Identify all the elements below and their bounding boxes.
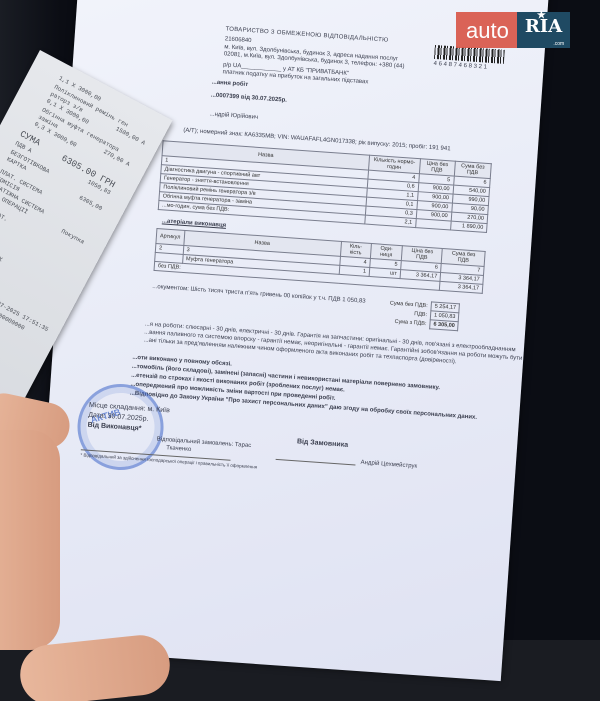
receipt-amount: Покупка [60,228,86,246]
company-code: 21606840 [225,36,252,44]
from-customer-label: Від Замовника [297,438,349,449]
parts-table: Артикул Назва Кіль-кість Оди-ниця Ціна б… [153,228,485,294]
hand [0,430,60,650]
barcode-digits: 4 6 4 8 7 4 6 8 3 2 1 [433,61,487,71]
works-total-sum: 1 890,00 [450,221,487,233]
total-value: 6 305,00 [430,320,459,331]
logo-auto-text: auto [456,12,517,48]
amount-in-words: ...окументом: Шість тисяч триста п'ять г… [152,284,366,305]
customer-name: ...ндрій Юрійович [209,111,258,120]
autoria-watermark-logo: auto ★ RIA .com [456,12,570,52]
receipt-amount: 6305,00 [78,194,104,212]
customer-signature-name: Андрій Цехмейструк [360,460,417,470]
parts-total-sum: 3 364,17 [440,281,483,293]
executor-person-surname: Ткаченко [166,445,192,453]
document-title: ...ання робіт [212,79,249,88]
totals-table: Сума без ПДВ: 5 254,17 ПДВ: 1 050,83 Сум… [385,298,460,331]
total-label: Сума з ПДВ: [385,317,430,329]
parts-title: ...атеріали виконавця [162,218,227,228]
customer-signature-line [276,459,356,466]
document-number: ...0007399 від 30.07.2025р. [211,92,287,103]
works-table: Назва Кількість нормо-годин Ціна без ПДВ… [158,140,492,233]
star-icon: ★ [537,10,546,21]
receipt-amount: 1580,00 А [114,125,146,146]
logo-ria-block: ★ RIA .com [517,12,570,48]
logo-domain-text: .com [553,41,564,47]
receipt-line: ДОРОЖНІЙ ЧЕК [0,237,4,263]
